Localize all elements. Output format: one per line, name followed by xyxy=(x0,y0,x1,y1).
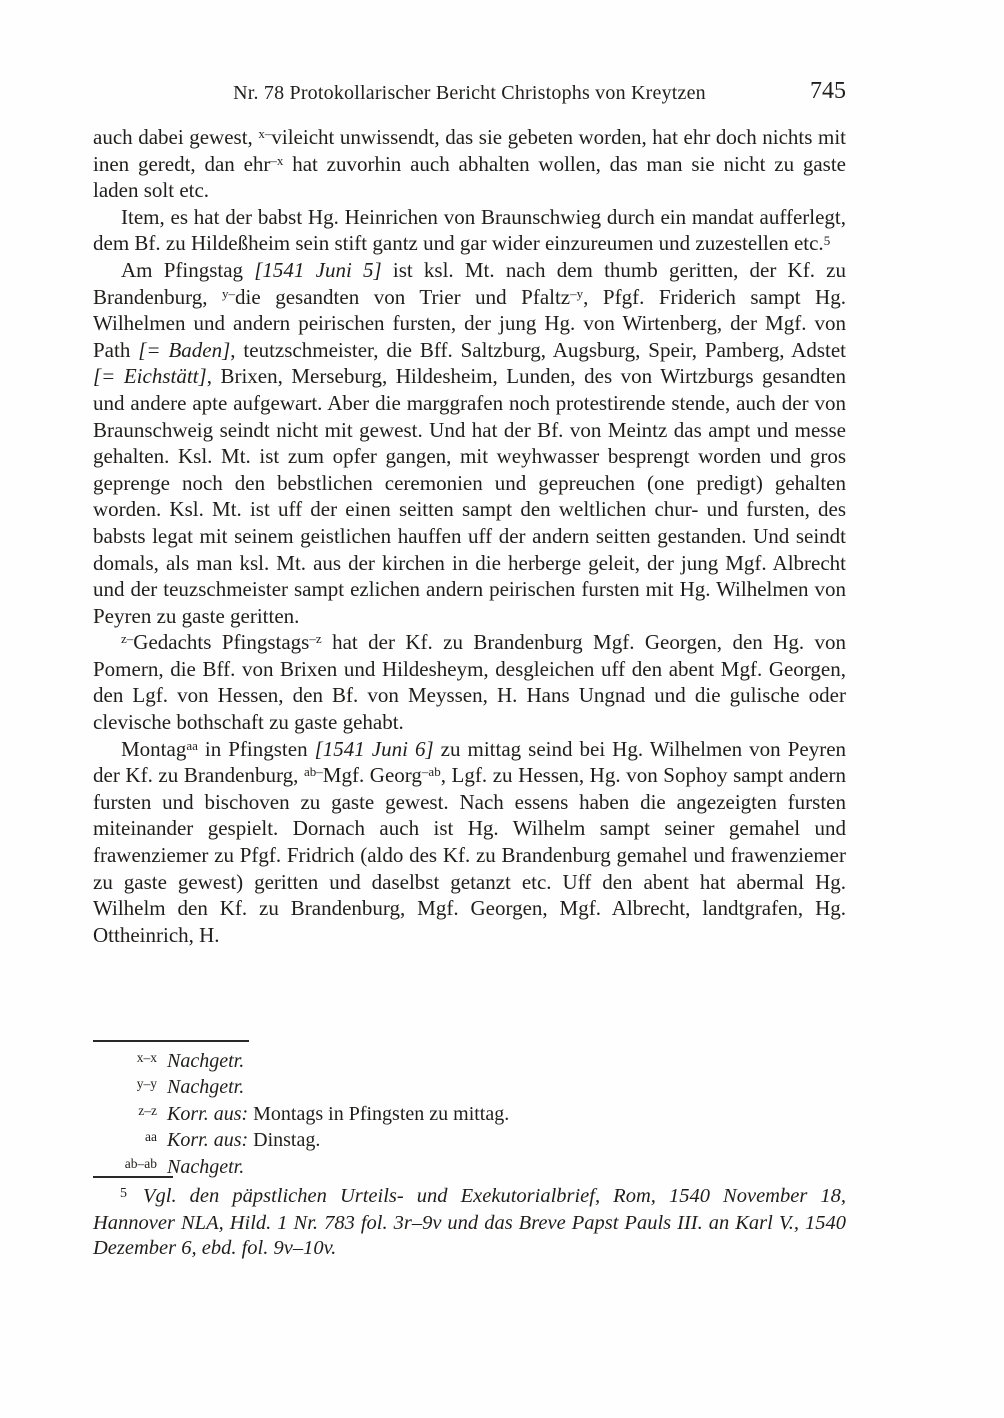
footnote-block: 5Vgl. den päpstlichen Urteils- und Exeku… xyxy=(93,1176,846,1262)
italic-text-run: Nachgetr. xyxy=(167,1156,244,1178)
book-page: Nr. 78 Protokollarischer Bericht Christo… xyxy=(0,0,1004,1418)
apparatus-note-label: ab–ab xyxy=(93,1152,157,1176)
body-paragraph: Montagaa in Pfingsten [1541 Juni 6] zu m… xyxy=(93,736,846,949)
apparatus-note-label: z–z xyxy=(93,1099,157,1123)
body-paragraph: Item, es hat der babst Hg. Heinrichen vo… xyxy=(93,204,846,257)
footnote-number: 5 xyxy=(120,1186,127,1201)
italic-text-run: [= Eichstätt] xyxy=(93,364,207,388)
italic-text-run: [1541 Juni 5] xyxy=(254,258,381,282)
superscript-note-mark: –z xyxy=(309,631,321,646)
text-run: auch dabei gewest, xyxy=(93,125,258,149)
apparatus-note: z–zKorr. aus: Montags in Pfingsten zu mi… xyxy=(93,1102,846,1128)
text-run: Item, es hat der babst Hg. Heinrichen vo… xyxy=(93,205,846,256)
text-run: , Brixen, Merseburg, Hildesheim, Lunden,… xyxy=(93,364,846,627)
apparatus-notes: x–xNachgetr.y–yNachgetr.z–zKorr. aus: Mo… xyxy=(93,1049,846,1181)
superscript-note-mark: ab– xyxy=(304,764,323,779)
footnote: 5Vgl. den päpstlichen Urteils- und Exeku… xyxy=(93,1184,846,1262)
italic-text-run: Nachgetr. xyxy=(167,1076,244,1098)
italic-text-run: Nachgetr. xyxy=(167,1050,244,1072)
text-run: , teutzschmeister, die Bff. Saltzburg, A… xyxy=(230,338,846,362)
footnote-separator-rule xyxy=(93,1176,173,1178)
text-block: Nr. 78 Protokollarischer Bericht Christo… xyxy=(93,82,846,948)
text-run: Montag xyxy=(121,737,186,761)
superscript-note-mark: y– xyxy=(222,286,235,301)
text-run: die gesandten von Trier und Pfaltz xyxy=(235,285,570,309)
apparatus-note: aaKorr. aus: Dinstag. xyxy=(93,1128,846,1154)
apparatus-note: y–yNachgetr. xyxy=(93,1075,846,1101)
superscript-note-mark: –y xyxy=(570,286,583,301)
body-paragraph: auch dabei gewest, x–vileicht unwissendt… xyxy=(93,124,846,204)
body-paragraph: Am Pfingstag [1541 Juni 5] ist ksl. Mt. … xyxy=(93,257,846,629)
apparatus-note-label: x–x xyxy=(93,1046,157,1070)
apparatus-separator-rule xyxy=(93,1040,249,1042)
text-run: Gedachts Pfingstags xyxy=(133,630,309,654)
text-run: Am Pfingstag xyxy=(121,258,254,282)
text-run: Montags in Pfingsten zu mittag. xyxy=(248,1103,509,1125)
text-run: in Pfingsten xyxy=(198,737,315,761)
text-run: , Lgf. zu Hessen, Hg. von Sophoy sampt a… xyxy=(93,763,846,947)
superscript-note-mark: z– xyxy=(121,631,133,646)
running-header: Nr. 78 Protokollarischer Bericht Christo… xyxy=(93,82,846,110)
italic-text-run: [1541 Juni 6] xyxy=(315,737,434,761)
text-run: Mgf. Georg xyxy=(323,763,422,787)
body-paragraph: z–Gedachts Pfingstags–z hat der Kf. zu B… xyxy=(93,629,846,735)
superscript-note-mark: –ab xyxy=(422,764,441,779)
italic-text-run: Vgl. den päpstlichen Urteils- und Exekut… xyxy=(93,1185,846,1259)
italic-text-run: Korr. aus: xyxy=(167,1129,248,1151)
text-run: Dinstag. xyxy=(248,1129,320,1151)
superscript-note-mark: –x xyxy=(270,153,283,168)
superscript-note-mark: x– xyxy=(258,126,271,141)
page-number: 745 xyxy=(810,78,846,105)
apparatus-note-label: y–y xyxy=(93,1072,157,1096)
italic-text-run: Korr. aus: xyxy=(167,1103,248,1125)
superscript-note-mark: aa xyxy=(186,738,198,753)
footnote-list: 5Vgl. den päpstlichen Urteils- und Exeku… xyxy=(93,1184,846,1262)
apparatus-note: x–xNachgetr. xyxy=(93,1049,846,1075)
apparatus-block: x–xNachgetr.y–yNachgetr.z–zKorr. aus: Mo… xyxy=(93,1040,846,1181)
apparatus-note-label: aa xyxy=(93,1125,157,1149)
italic-text-run: [= Baden] xyxy=(138,338,230,362)
superscript-note-mark: 5 xyxy=(824,233,831,248)
running-header-title: Nr. 78 Protokollarischer Bericht Christo… xyxy=(93,82,846,105)
body-text: auch dabei gewest, x–vileicht unwissendt… xyxy=(93,124,846,948)
